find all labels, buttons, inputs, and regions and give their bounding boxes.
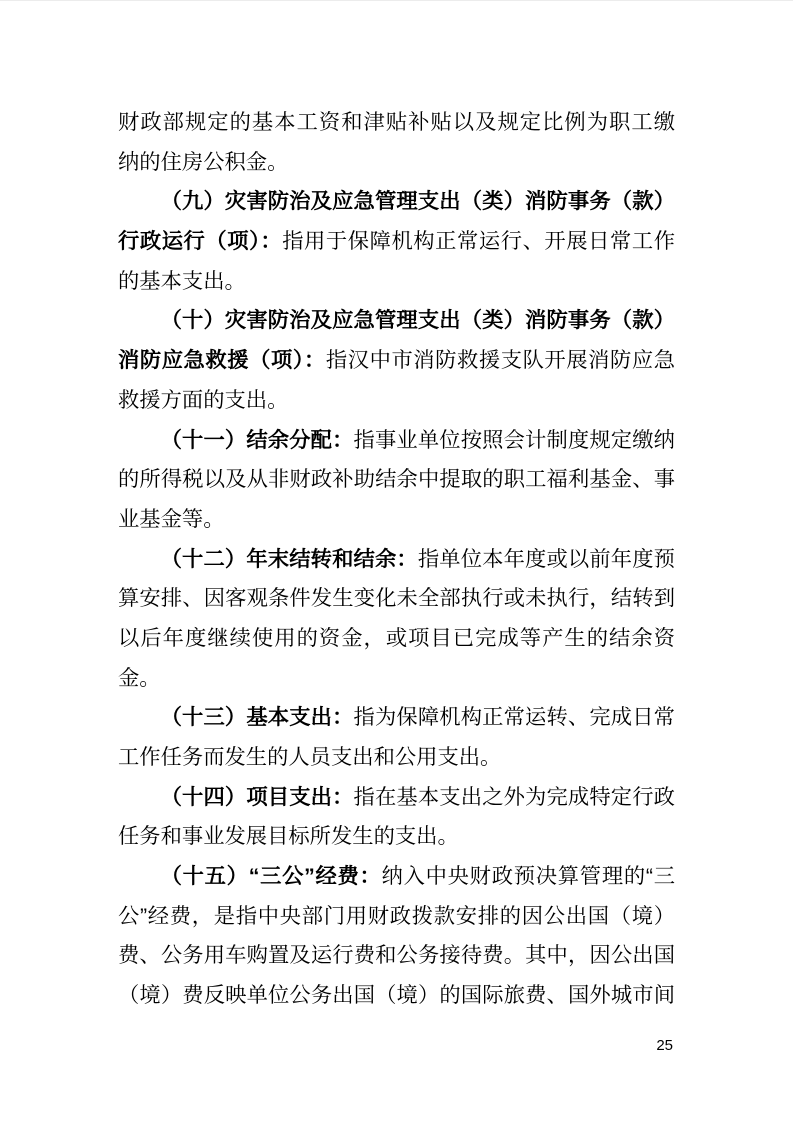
- para-intro-continuation: 财政部规定的基本工资和津贴补贴以及规定比例为职工缴纳的住房公积金。: [118, 103, 675, 182]
- para-item-11: （十一）结余分配：指事业单位按照会计制度规定缴纳的所得税以及从非财政补助结余中提…: [118, 421, 675, 540]
- text-line: 消防应急救援（项）：指汉中市消防救援支队开展消防应急: [118, 341, 675, 381]
- body-text: 金。: [118, 666, 161, 690]
- body-text: 财政部规定的基本工资和津贴补贴以及规定比例为职工缴: [118, 110, 675, 134]
- body-text: 纳入中央财政预决算管理的“三: [382, 864, 675, 888]
- body-text: 救援方面的支出。: [118, 388, 288, 412]
- document-body: 财政部规定的基本工资和津贴补贴以及规定比例为职工缴纳的住房公积金。（九）灾害防治…: [118, 103, 675, 1016]
- body-text: （境）费反映单位公务出国（境）的国际旅费、国外城市间: [118, 983, 675, 1007]
- text-line: 算安排、因客观条件发生变化未全部执行或未执行，结转到: [118, 579, 675, 619]
- term-label: （十四）项目支出：: [161, 785, 354, 809]
- para-item-10: （十）灾害防治及应急管理支出（类）消防事务（款）消防应急救援（项）：指汉中市消防…: [118, 301, 675, 420]
- text-line: 公”经费，是指中央部门用财政拨款安排的因公出国（境）: [118, 897, 675, 937]
- text-line: （十四）项目支出：指在基本支出之外为完成特定行政: [118, 778, 675, 818]
- body-text: 算安排、因客观条件发生变化未全部执行或未执行，结转到: [118, 586, 675, 610]
- body-text: 指汉中市消防救援支队开展消防应急: [326, 348, 675, 372]
- text-line: 的基本支出。: [118, 262, 675, 302]
- para-item-9: （九）灾害防治及应急管理支出（类）消防事务（款）行政运行（项）：指用于保障机构正…: [118, 182, 675, 301]
- text-line: （十）灾害防治及应急管理支出（类）消防事务（款）: [118, 301, 675, 341]
- text-line: 任务和事业发展目标所发生的支出。: [118, 817, 675, 857]
- body-text: 费、公务用车购置及运行费和公务接待费。其中，因公出国: [118, 943, 675, 967]
- text-line: （十三）基本支出：指为保障机构正常运转、完成日常: [118, 698, 675, 738]
- body-text: 指单位本年度或以前年度预: [418, 547, 675, 571]
- text-line: 金。: [118, 659, 675, 699]
- term-label: （十一）结余分配：: [161, 428, 354, 452]
- term-label: 消防应急救援（项）：: [118, 348, 326, 372]
- term-label: （十三）基本支出：: [161, 705, 354, 729]
- para-item-14: （十四）项目支出：指在基本支出之外为完成特定行政任务和事业发展目标所发生的支出。: [118, 778, 675, 857]
- document-page: 财政部规定的基本工资和津贴补贴以及规定比例为职工缴纳的住房公积金。（九）灾害防治…: [0, 0, 793, 1122]
- body-text: 指在基本支出之外为完成特定行政: [354, 785, 675, 809]
- term-label: （十五）“三公”经费：: [161, 864, 382, 888]
- para-item-13: （十三）基本支出：指为保障机构正常运转、完成日常工作任务而发生的人员支出和公用支…: [118, 698, 675, 777]
- body-text: 任务和事业发展目标所发生的支出。: [118, 824, 459, 848]
- term-label: 行政运行（项）：: [118, 229, 282, 253]
- text-line: 纳的住房公积金。: [118, 143, 675, 183]
- term-label: （十）灾害防治及应急管理支出（类）消防事务（款）: [161, 308, 675, 332]
- text-line: （九）灾害防治及应急管理支出（类）消防事务（款）: [118, 182, 675, 222]
- text-line: （十五）“三公”经费：纳入中央财政预决算管理的“三: [118, 857, 675, 897]
- text-line: 行政运行（项）：指用于保障机构正常运行、开展日常工作: [118, 222, 675, 262]
- text-line: 的所得税以及从非财政补助结余中提取的职工福利基金、事: [118, 460, 675, 500]
- body-text: 工作任务而发生的人员支出和公用支出。: [118, 745, 501, 769]
- body-text: 纳的住房公积金。: [118, 150, 288, 174]
- body-text: 以后年度继续使用的资金，或项目已完成等产生的结余资: [118, 626, 675, 650]
- para-item-12: （十二）年末结转和结余：指单位本年度或以前年度预算安排、因客观条件发生变化未全部…: [118, 540, 675, 699]
- text-line: 工作任务而发生的人员支出和公用支出。: [118, 738, 675, 778]
- body-text: 公”经费，是指中央部门用财政拨款安排的因公出国（境）: [118, 904, 675, 928]
- body-text: 的基本支出。: [118, 269, 246, 293]
- text-line: 财政部规定的基本工资和津贴补贴以及规定比例为职工缴: [118, 103, 675, 143]
- text-line: （十二）年末结转和结余：指单位本年度或以前年度预: [118, 540, 675, 580]
- body-text: 指用于保障机构正常运行、开展日常工作: [282, 229, 675, 253]
- term-label: （十二）年末结转和结余：: [161, 547, 418, 571]
- text-line: 费、公务用车购置及运行费和公务接待费。其中，因公出国: [118, 936, 675, 976]
- text-line: 救援方面的支出。: [118, 381, 675, 421]
- para-item-15: （十五）“三公”经费：纳入中央财政预决算管理的“三公”经费，是指中央部门用财政拨…: [118, 857, 675, 1016]
- body-text: 的所得税以及从非财政补助结余中提取的职工福利基金、事: [118, 467, 675, 491]
- text-line: 以后年度继续使用的资金，或项目已完成等产生的结余资: [118, 619, 675, 659]
- body-text: 指事业单位按照会计制度规定缴纳: [354, 428, 675, 452]
- body-text: 业基金等。: [118, 507, 225, 531]
- page-number: 25: [656, 1037, 673, 1055]
- text-line: （境）费反映单位公务出国（境）的国际旅费、国外城市间: [118, 976, 675, 1016]
- text-line: （十一）结余分配：指事业单位按照会计制度规定缴纳: [118, 421, 675, 461]
- text-line: 业基金等。: [118, 500, 675, 540]
- body-text: 指为保障机构正常运转、完成日常: [354, 705, 675, 729]
- term-label: （九）灾害防治及应急管理支出（类）消防事务（款）: [161, 189, 675, 213]
